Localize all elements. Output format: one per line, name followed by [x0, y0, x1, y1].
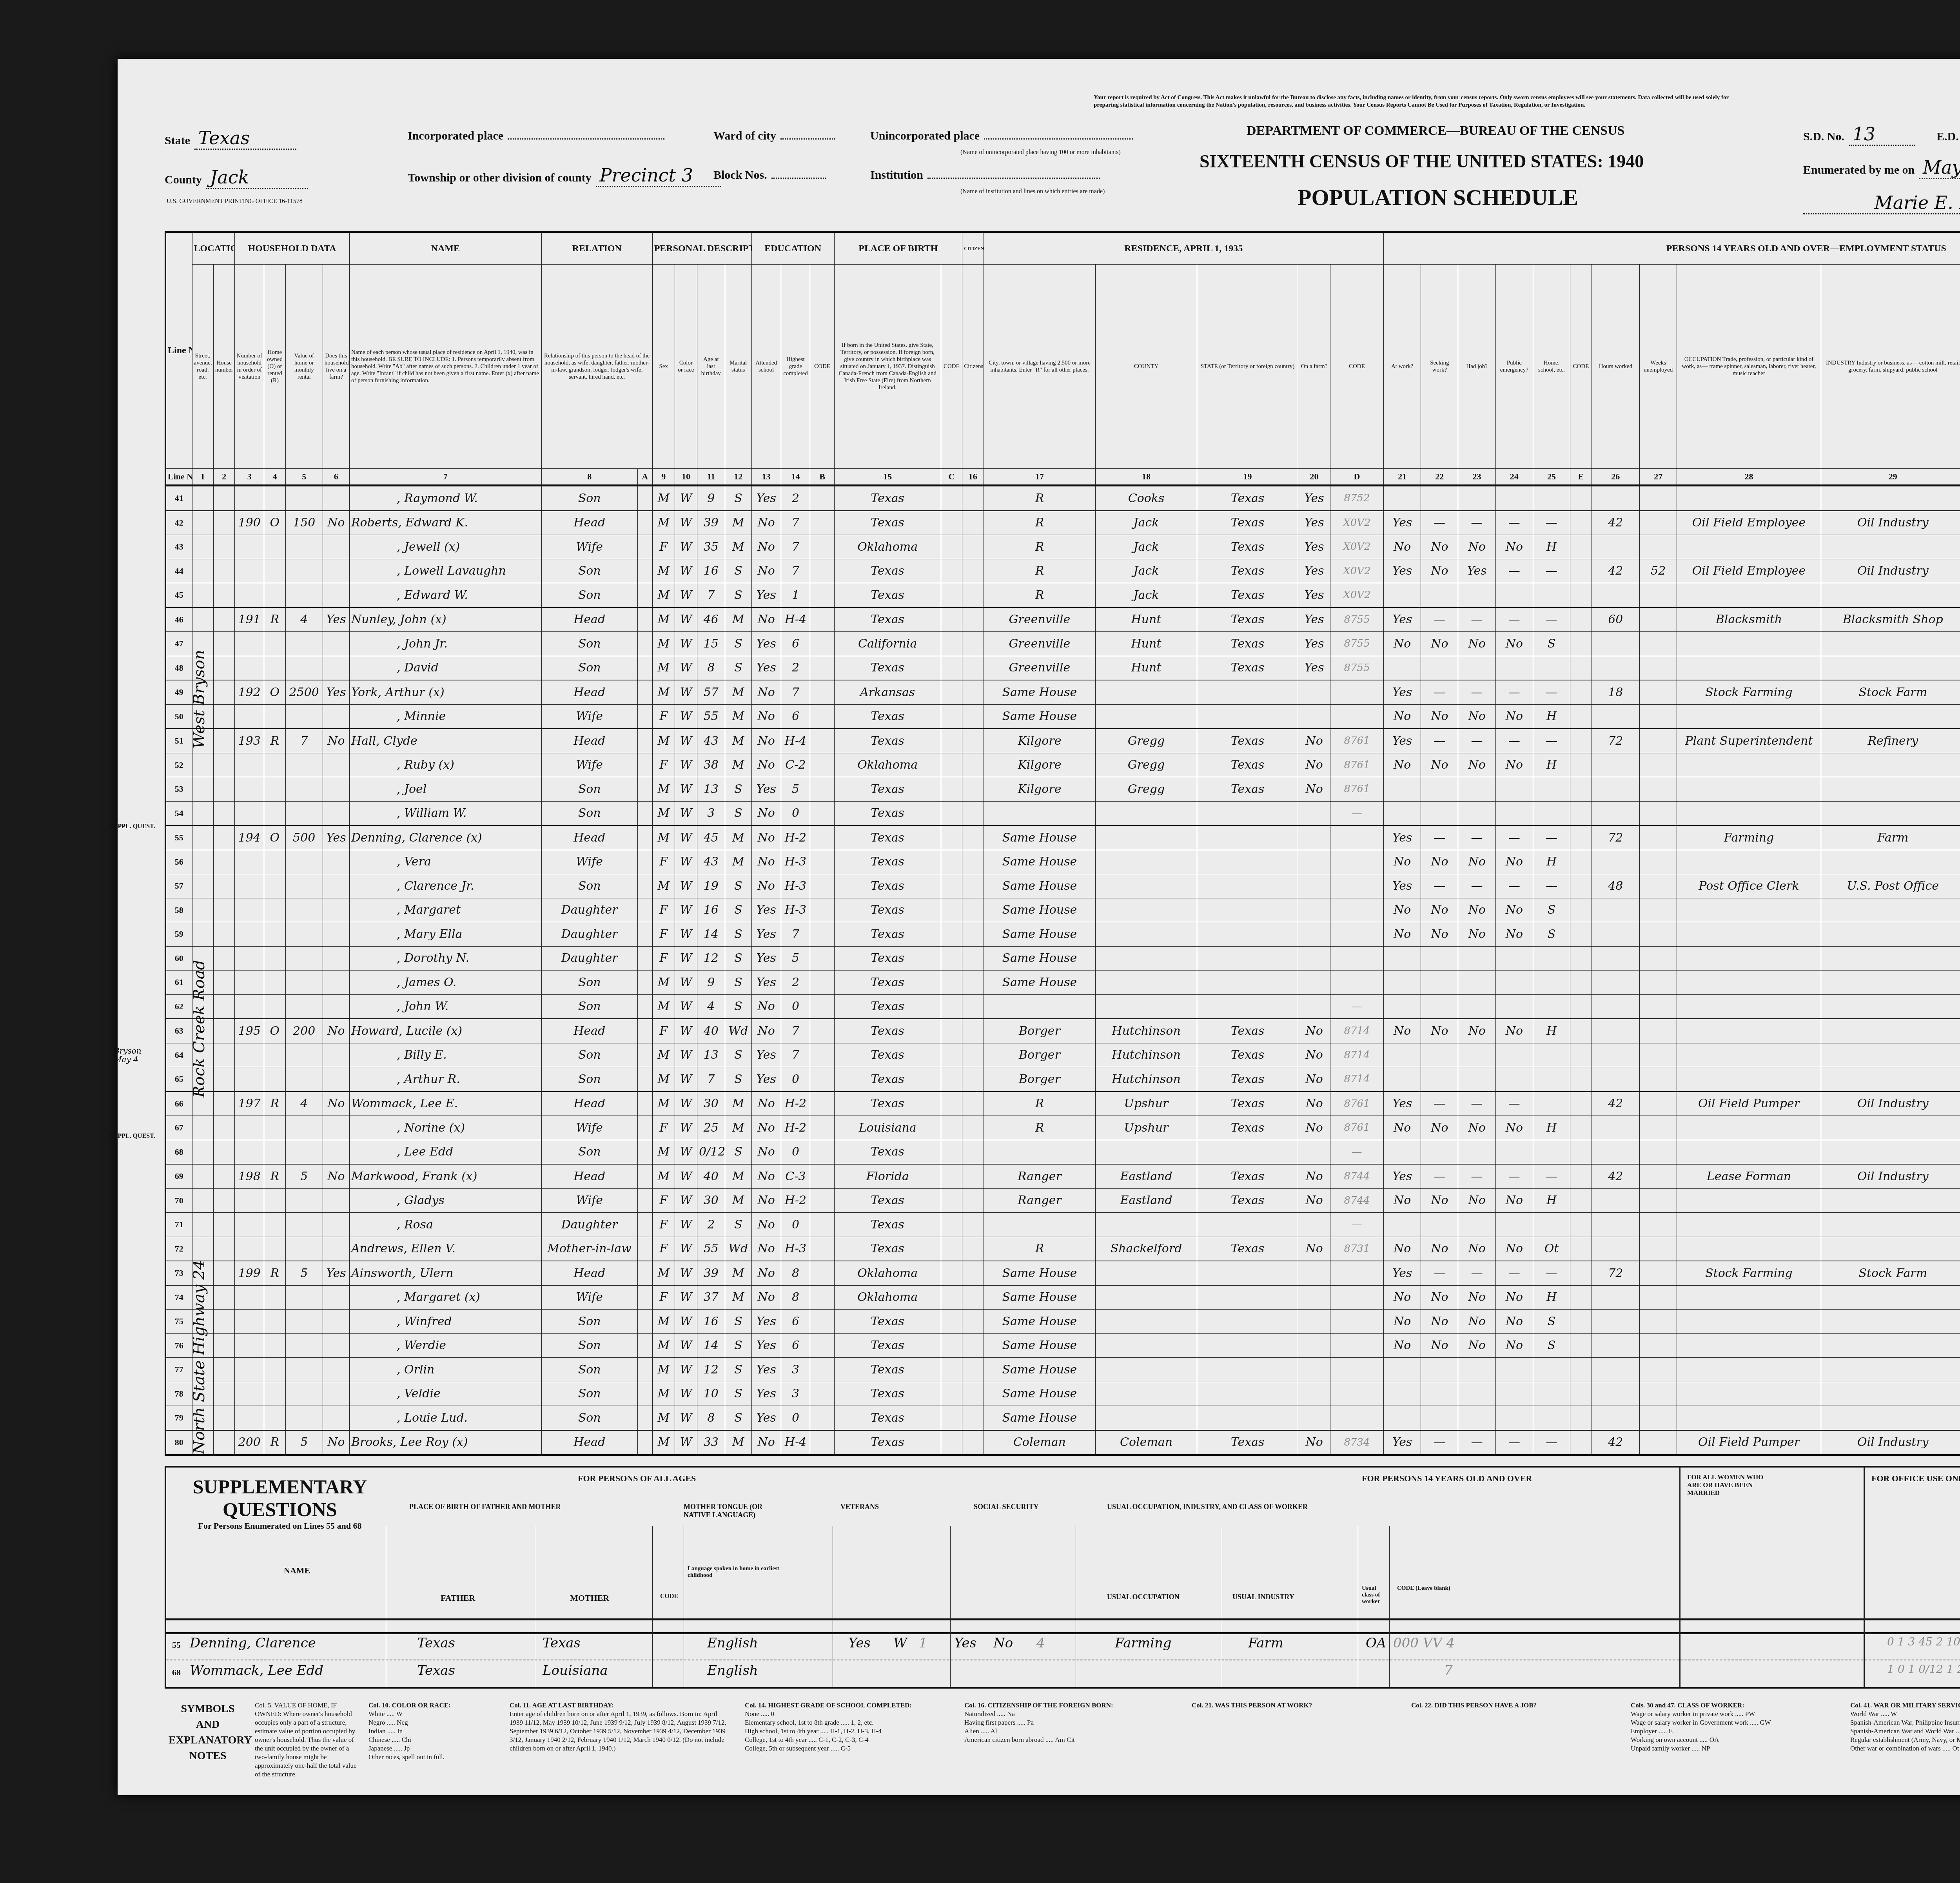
- cell-race: W: [675, 777, 697, 802]
- cell-ind: [1821, 1285, 1960, 1310]
- cell-c25: [1533, 656, 1570, 680]
- cell-e: [1570, 825, 1592, 850]
- cell-occ: Farming: [1677, 825, 1821, 850]
- cell-c21: [1384, 946, 1421, 971]
- cell-c25: [1533, 971, 1570, 995]
- suppl-quest-tag-68: SUPPL. QUEST.: [110, 1133, 155, 1140]
- cell-c24: No: [1495, 704, 1533, 729]
- cell-res-county: [1096, 825, 1197, 850]
- cell-race: W: [675, 1333, 697, 1358]
- cell-c26: [1592, 801, 1639, 825]
- label-usual-industry: USUAL INDUSTRY: [1232, 1593, 1294, 1601]
- cell-age: 55: [697, 1237, 725, 1261]
- cell-ms: Wd: [725, 1237, 751, 1261]
- cell-occ: Plant Superintendent: [1677, 729, 1821, 753]
- cell-occ: Stock Farming: [1677, 680, 1821, 704]
- supp-col-divider: [684, 1526, 684, 1687]
- cell-ms: S: [725, 1310, 751, 1334]
- cell-bplace: California: [834, 632, 941, 656]
- cell-a: [637, 1188, 652, 1213]
- cell-res-city: Same House: [984, 704, 1096, 729]
- cell-e: [1570, 946, 1592, 971]
- cell-c27: [1640, 898, 1677, 922]
- cell-res-county: [1096, 704, 1197, 729]
- cell-c26: [1592, 632, 1639, 656]
- cell-street: [192, 1188, 213, 1213]
- cell-c26: 72: [1592, 825, 1639, 850]
- cell-cit: [962, 1382, 984, 1406]
- cell-sex: M: [652, 1310, 675, 1334]
- cell-res-city: R: [984, 583, 1096, 608]
- cell-ind: Oil Industry: [1821, 511, 1960, 535]
- cell-farm35: Yes: [1298, 535, 1330, 559]
- cell-farm: [323, 1310, 349, 1334]
- cell-value: [285, 559, 323, 583]
- cell-farm: [323, 632, 349, 656]
- cell-age: 7: [697, 1067, 725, 1092]
- cell-d: [1330, 1261, 1383, 1285]
- cell-c27: [1640, 753, 1677, 777]
- col-relation-desc: Relationship of this person to the head …: [541, 265, 652, 469]
- cell-res-state: Texas: [1197, 608, 1298, 632]
- cell-name: Denning, Clarence (x): [349, 825, 541, 850]
- cell-tenure: R: [264, 1261, 285, 1285]
- cell-farm: [323, 801, 349, 825]
- cell-cit: [962, 559, 984, 583]
- sub-parent-birthplace: PLACE OF BIRTH OF FATHER AND MOTHER: [409, 1503, 561, 1511]
- cell-c: [941, 1043, 962, 1067]
- cell-rel: Son: [541, 583, 637, 608]
- col-school: Attended school: [751, 265, 781, 469]
- cell-occ: [1677, 1019, 1821, 1043]
- cell-farm35: [1298, 1406, 1330, 1430]
- cell-farm35: [1298, 1358, 1330, 1382]
- cell-ms: M: [725, 850, 751, 874]
- cell-dwelling: [235, 971, 264, 995]
- cell-house: [213, 1310, 234, 1334]
- cell-dwelling: [235, 1285, 264, 1310]
- cell-c25: —: [1533, 559, 1570, 583]
- cell-c26: 72: [1592, 1261, 1639, 1285]
- cell-race: W: [675, 850, 697, 874]
- cell-d: 8755: [1330, 608, 1383, 632]
- cell-b: [810, 583, 834, 608]
- cell-occ: Stock Farming: [1677, 1261, 1821, 1285]
- section-14-over: FOR PERSONS 14 YEARS OLD AND OVER: [1362, 1473, 1532, 1484]
- cell-c24: No: [1495, 1333, 1533, 1358]
- cell-res-city: [984, 1213, 1096, 1237]
- cell-e: [1570, 1116, 1592, 1140]
- cell-line: 73: [165, 1261, 192, 1285]
- cell-res-county: Shackelford: [1096, 1237, 1197, 1261]
- cell-farm: [323, 1382, 349, 1406]
- cell-farm35: [1298, 801, 1330, 825]
- cell-c22: [1421, 1067, 1458, 1092]
- cell-line: 48: [165, 656, 192, 680]
- cell-line: 74: [165, 1285, 192, 1310]
- cell-age: 38: [697, 753, 725, 777]
- cell-bplace: Texas: [834, 1358, 941, 1382]
- supp-col-divider: [386, 1526, 386, 1687]
- cell-c21: No: [1384, 850, 1421, 874]
- cell-farm35: [1298, 704, 1330, 729]
- cell-c22: —: [1421, 729, 1458, 753]
- cell-e: [1570, 656, 1592, 680]
- table-row: 77, OrlinSonMW12SYes3TexasSame House77: [165, 1358, 1960, 1382]
- cell-sex: M: [652, 729, 675, 753]
- cell-bplace: Texas: [834, 656, 941, 680]
- cell-bplace: Texas: [834, 1067, 941, 1092]
- group-relation: RELATION: [541, 232, 652, 265]
- cell-c22: [1421, 946, 1458, 971]
- cell-c26: [1592, 777, 1639, 802]
- cell-c27: 52: [1640, 559, 1677, 583]
- cell-tenure: [264, 971, 285, 995]
- cell-street: [192, 608, 213, 632]
- cell-tenure: [264, 632, 285, 656]
- cell-line: 68: [165, 1140, 192, 1164]
- cell-c21: [1384, 777, 1421, 802]
- cell-d: [1330, 1406, 1383, 1430]
- cell-sex: F: [652, 850, 675, 874]
- cell-race: W: [675, 1043, 697, 1067]
- cell-c27: [1640, 874, 1677, 898]
- cell-a: [637, 753, 652, 777]
- cell-tenure: [264, 1285, 285, 1310]
- cell-rel: Son: [541, 1406, 637, 1430]
- cell-ind: [1821, 971, 1960, 995]
- group-employment: PERSONS 14 YEARS OLD AND OVER—EMPLOYMENT…: [1384, 232, 1960, 265]
- cell-c26: [1592, 753, 1639, 777]
- cell-race: W: [675, 680, 697, 704]
- cell-d: 8734: [1330, 1430, 1383, 1455]
- cell-sex: M: [652, 874, 675, 898]
- cell-c25: H: [1533, 1285, 1570, 1310]
- cell-c21: [1384, 583, 1421, 608]
- cell-c24: [1495, 1067, 1533, 1092]
- cell-farm35: No: [1298, 1237, 1330, 1261]
- cell-cit: [962, 922, 984, 947]
- note-col22-title: Col. 22. DID THIS PERSON HAVE A JOB?: [1411, 1701, 1584, 1710]
- cell-occ: [1677, 1067, 1821, 1092]
- cell-res-state: Texas: [1197, 583, 1298, 608]
- cell-e: [1570, 486, 1592, 511]
- cell-dwelling: [235, 850, 264, 874]
- cell-res-state: Texas: [1197, 559, 1298, 583]
- cell-occ: [1677, 971, 1821, 995]
- cell-a: [637, 825, 652, 850]
- cell-c: [941, 486, 962, 511]
- cell-street: [192, 1116, 213, 1140]
- note-item: Negro ..... Neg: [368, 1718, 498, 1727]
- cell-cit: [962, 850, 984, 874]
- cell-c22: [1421, 801, 1458, 825]
- cell-c26: [1592, 1406, 1639, 1430]
- cell-res-city: Same House: [984, 825, 1096, 850]
- cell-house: [213, 559, 234, 583]
- cell-line: 51: [165, 729, 192, 753]
- cell-c22: No: [1421, 632, 1458, 656]
- location-west-bryson: West Bryson: [190, 650, 208, 749]
- cell-sch: No: [751, 608, 781, 632]
- cell-res-county: [1096, 1213, 1197, 1237]
- block-value: [771, 178, 826, 179]
- col-code-b: CODE: [810, 265, 834, 469]
- num: 18: [1096, 469, 1197, 486]
- township-label: Township or other division of county: [408, 171, 592, 184]
- cell-age: 8: [697, 1406, 725, 1430]
- note-item: Spanish-American War, Philippine Insurre…: [1850, 1718, 1960, 1727]
- cell-c27: [1640, 632, 1677, 656]
- cell-c21: [1384, 1406, 1421, 1430]
- cell-rel: Wife: [541, 753, 637, 777]
- cell-ind: [1821, 1188, 1960, 1213]
- cell-occ: [1677, 801, 1821, 825]
- ed-field: E.D. No. 119-7: [1936, 123, 1960, 146]
- cell-c21: No: [1384, 1285, 1421, 1310]
- cell-ms: M: [725, 511, 751, 535]
- cell-ind: Oil Industry: [1821, 1092, 1960, 1116]
- cell-res-county: Gregg: [1096, 729, 1197, 753]
- cell-d: [1330, 898, 1383, 922]
- cell-res-county: Gregg: [1096, 777, 1197, 802]
- cell-grade: 6: [781, 1310, 810, 1334]
- cell-ms: S: [725, 922, 751, 947]
- cell-dwelling: 195: [235, 1019, 264, 1043]
- cell-a: [637, 632, 652, 656]
- cell-sch: Yes: [751, 1043, 781, 1067]
- cell-ind: Oil Industry: [1821, 1164, 1960, 1188]
- cell-sch: No: [751, 704, 781, 729]
- cell-dwelling: 198: [235, 1164, 264, 1188]
- cell-c22: No: [1421, 704, 1458, 729]
- cell-c24: No: [1495, 1310, 1533, 1334]
- cell-c25: [1533, 1358, 1570, 1382]
- table-row: 49192O2500YesYork, Arthur (x)HeadMW57MNo…: [165, 680, 1960, 704]
- col-age: Age at last birthday: [697, 265, 725, 469]
- cell-c23: [1458, 994, 1495, 1019]
- cell-d: [1330, 946, 1383, 971]
- cell-d: 8744: [1330, 1188, 1383, 1213]
- cell-c24: [1495, 1140, 1533, 1164]
- cell-a: [637, 874, 652, 898]
- institution-label: Institution: [870, 169, 923, 181]
- cell-sch: No: [751, 850, 781, 874]
- cell-ind: Blacksmith Shop: [1821, 608, 1960, 632]
- cell-res-county: [1096, 1261, 1197, 1285]
- cell-c21: [1384, 1358, 1421, 1382]
- cell-c23: [1458, 1043, 1495, 1067]
- cell-tenure: [264, 535, 285, 559]
- note-item: None ..... 0: [745, 1710, 949, 1718]
- cell-c26: 18: [1592, 680, 1639, 704]
- cell-ms: S: [725, 1333, 751, 1358]
- cell-a: [637, 1333, 652, 1358]
- cell-house: [213, 1140, 234, 1164]
- cell-age: 2: [697, 1213, 725, 1237]
- cell-a: [637, 1382, 652, 1406]
- cell-a: [637, 486, 652, 511]
- cell-res-state: Texas: [1197, 486, 1298, 511]
- cell-bplace: Texas: [834, 994, 941, 1019]
- note-item: Unpaid family worker ..... NP: [1631, 1744, 1827, 1753]
- cell-grade: 3: [781, 1382, 810, 1406]
- cell-res-state: [1197, 1310, 1298, 1334]
- cell-res-county: [1096, 801, 1197, 825]
- cell-a: [637, 535, 652, 559]
- cell-c22: [1421, 656, 1458, 680]
- cell-house: [213, 1261, 234, 1285]
- cell-c22: —: [1421, 1430, 1458, 1455]
- cell-grade: 7: [781, 535, 810, 559]
- col-occupation: OCCUPATION Trade, profession, or particu…: [1677, 265, 1821, 469]
- department-heading: DEPARTMENT OF COMMERCE—BUREAU OF THE CEN…: [1247, 123, 1624, 138]
- cell-rel: Son: [541, 632, 637, 656]
- cell-c: [941, 704, 962, 729]
- cell-ms: S: [725, 801, 751, 825]
- supplementary-row-55: 55 Denning, Clarence Texas Texas English…: [166, 1632, 1960, 1660]
- cell-value: [285, 656, 323, 680]
- cell-c23: [1458, 1213, 1495, 1237]
- location-rock-creek-road: Rock Creek Road: [190, 960, 208, 1098]
- cell-cit: [962, 486, 984, 511]
- cell-b: [810, 1285, 834, 1310]
- cell-ms: S: [725, 971, 751, 995]
- num: 25: [1533, 469, 1570, 486]
- cell-b: [810, 1430, 834, 1455]
- cell-farm35: No: [1298, 1067, 1330, 1092]
- cell-a: [637, 511, 652, 535]
- cell-farm35: [1298, 898, 1330, 922]
- cell-res-state: [1197, 801, 1298, 825]
- cell-occ: Oil Field Pumper: [1677, 1092, 1821, 1116]
- cell-farm: Yes: [323, 825, 349, 850]
- cell-sex: M: [652, 486, 675, 511]
- cell-age: 0/12: [697, 1140, 725, 1164]
- county-field: County Jack: [165, 167, 308, 189]
- cell-c21: No: [1384, 1019, 1421, 1043]
- cell-line: 62: [165, 994, 192, 1019]
- cell-line: 43: [165, 535, 192, 559]
- cell-race: W: [675, 1092, 697, 1116]
- cell-c: [941, 1067, 962, 1092]
- cell-ms: M: [725, 1116, 751, 1140]
- cell-dwelling: [235, 1067, 264, 1092]
- num: 17: [984, 469, 1096, 486]
- cell-ind: [1821, 922, 1960, 947]
- cell-a: [637, 1067, 652, 1092]
- cell-line: 75: [165, 1310, 192, 1334]
- cell-c22: [1421, 583, 1458, 608]
- cell-bplace: Louisiana: [834, 1116, 941, 1140]
- cell-dwelling: [235, 874, 264, 898]
- cell-c23: No: [1458, 922, 1495, 947]
- sd-label: S.D. No.: [1803, 130, 1844, 143]
- cell-c22: [1421, 994, 1458, 1019]
- note-item: Other war or combination of wars ..... O…: [1850, 1744, 1960, 1753]
- cell-line: 58: [165, 898, 192, 922]
- supp-office-use: 0 1 3 45 2 10 1 v 000 VV 4 9 06 1 0: [1887, 1635, 1960, 1648]
- num: 6: [323, 469, 349, 486]
- cell-c24: No: [1495, 898, 1533, 922]
- cell-rel: Son: [541, 656, 637, 680]
- cell-age: 19: [697, 874, 725, 898]
- cell-farm: Yes: [323, 608, 349, 632]
- cell-e: [1570, 777, 1592, 802]
- cell-c27: [1640, 825, 1677, 850]
- cell-c21: Yes: [1384, 729, 1421, 753]
- cell-cit: [962, 1067, 984, 1092]
- cell-race: W: [675, 486, 697, 511]
- cell-c27: [1640, 1358, 1677, 1382]
- cell-occ: [1677, 1043, 1821, 1067]
- cell-res-county: Hutchinson: [1096, 1067, 1197, 1092]
- cell-sch: Yes: [751, 1067, 781, 1092]
- cell-street: [192, 511, 213, 535]
- cell-grade: H-3: [781, 1237, 810, 1261]
- cell-b: [810, 1188, 834, 1213]
- cell-sex: M: [652, 1406, 675, 1430]
- cell-farm: [323, 777, 349, 802]
- cell-farm35: [1298, 680, 1330, 704]
- cell-c24: No: [1495, 1285, 1533, 1310]
- col-name-desc: Name of each person whose usual place of…: [349, 265, 541, 469]
- cell-sex: M: [652, 777, 675, 802]
- cell-e: [1570, 1261, 1592, 1285]
- note-item: Wage or salary worker in Government work…: [1631, 1718, 1827, 1727]
- cell-e: [1570, 1043, 1592, 1067]
- cell-ind: [1821, 1358, 1960, 1382]
- cell-c24: —: [1495, 608, 1533, 632]
- num: 24: [1495, 469, 1533, 486]
- cell-res-city: [984, 994, 1096, 1019]
- col-race: Color or race: [675, 265, 697, 469]
- cell-c23: —: [1458, 608, 1495, 632]
- note-item: World War ..... W: [1850, 1710, 1960, 1718]
- cell-b: [810, 1019, 834, 1043]
- cell-farm: [323, 583, 349, 608]
- cell-a: [637, 608, 652, 632]
- num: 11: [697, 469, 725, 486]
- cell-race: W: [675, 1164, 697, 1188]
- cell-name: , John Jr.: [349, 632, 541, 656]
- cell-dwelling: 200: [235, 1430, 264, 1455]
- cell-cit: [962, 729, 984, 753]
- cell-e: [1570, 1019, 1592, 1043]
- cell-c25: [1533, 1043, 1570, 1067]
- cell-c26: [1592, 535, 1639, 559]
- cell-c24: No: [1495, 922, 1533, 947]
- cell-name: , Vera: [349, 850, 541, 874]
- cell-res-county: [1096, 1310, 1197, 1334]
- cell-res-city: R: [984, 511, 1096, 535]
- cell-race: W: [675, 1116, 697, 1140]
- cell-c24: No: [1495, 1188, 1533, 1213]
- cell-cit: [962, 1019, 984, 1043]
- cell-c24: —: [1495, 511, 1533, 535]
- note-item: Elementary school, 1st to 8th grade ....…: [745, 1718, 949, 1727]
- cell-bplace: Texas: [834, 1019, 941, 1043]
- cell-c26: [1592, 704, 1639, 729]
- cell-sch: No: [751, 535, 781, 559]
- cell-c25: S: [1533, 922, 1570, 947]
- cell-c21: Yes: [1384, 1092, 1421, 1116]
- cell-age: 13: [697, 1043, 725, 1067]
- cell-c25: H: [1533, 753, 1570, 777]
- cell-d: [1330, 971, 1383, 995]
- col-street: Street, avenue, road, etc.: [192, 265, 213, 469]
- cell-tenure: [264, 922, 285, 947]
